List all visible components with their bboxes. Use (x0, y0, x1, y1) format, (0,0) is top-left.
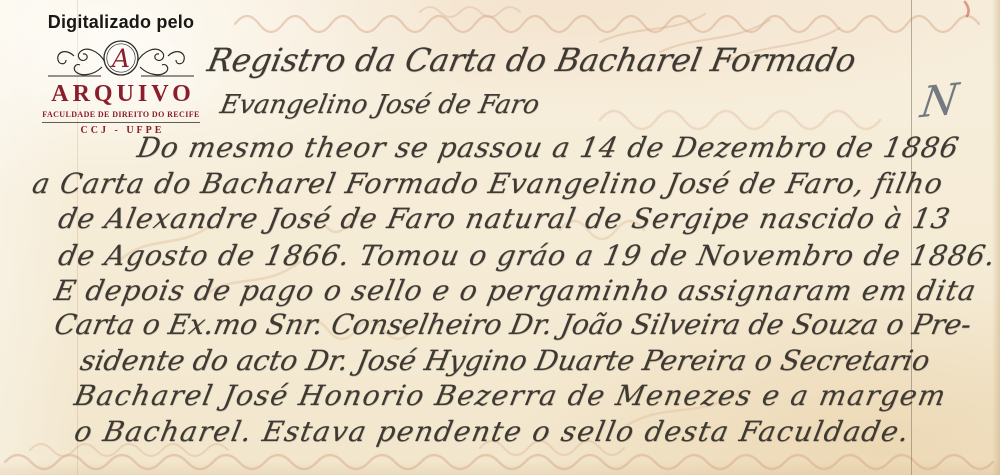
manuscript-line: Carta o Ex.mo Snr. Conselheiro Dr. João … (52, 311, 974, 339)
manuscript-line: sidente do acto Dr. José Hygino Duarte P… (78, 347, 932, 375)
manuscript-line: Bacharel José Honorio Bezerra de Menezes… (72, 382, 949, 410)
manuscript-line: de Agosto de 1866. Tomou o gráo a 19 de … (56, 242, 998, 270)
monogram-emblem: A (46, 34, 196, 84)
faculty-subtitle: FACULDADE DE DIREITO DO RECIFE (42, 110, 200, 119)
flourish-left (58, 49, 105, 74)
scanned-document-page: Digitalizado pelo A ARQUIVO FACULDADE DE… (0, 0, 1000, 475)
manuscript-line: Do mesmo theor se passou a 14 de Dezembr… (135, 134, 962, 162)
logo-divider-rule (42, 122, 200, 123)
arquivo-watermark: Digitalizado pelo A ARQUIVO FACULDADE DE… (42, 12, 200, 136)
monogram-letter: A (110, 44, 130, 73)
manuscript-line: o Bacharel. Estava pendente o sello dest… (72, 418, 913, 446)
page-right-edge (992, 0, 1000, 475)
manuscript-title-line-2: Evangelino José de Faro (218, 92, 542, 118)
flourish-right (137, 49, 184, 74)
manuscript-line: de Alexandre José de Faro natural de Ser… (56, 205, 953, 233)
manuscript-line: a Carta do Bacharel Formado Evangelino J… (30, 170, 946, 198)
pencil-mark-n: N (918, 78, 961, 125)
manuscript-line: E depois de pago o sello e o pergaminho … (52, 277, 979, 305)
bottom-shading (0, 461, 1000, 475)
manuscript-title-line-1: Registro da Carta do Bacharel Formado (205, 44, 859, 76)
ccj-ufpe-label: CCJ - UFPE (42, 125, 200, 136)
arquivo-wordmark: ARQUIVO (42, 81, 200, 108)
digitized-by-label: Digitalizado pelo (42, 12, 200, 33)
